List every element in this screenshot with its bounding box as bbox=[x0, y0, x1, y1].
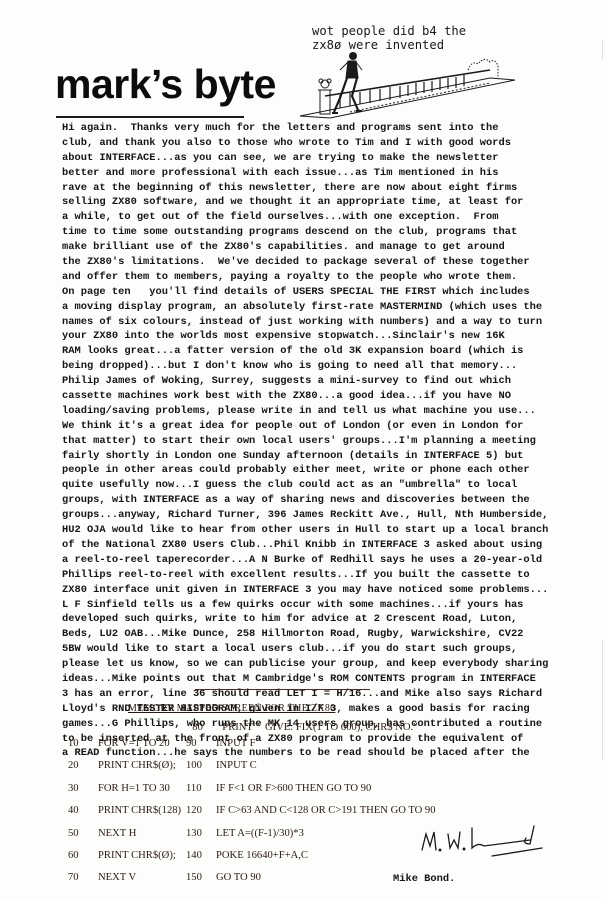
line-number: 130 bbox=[186, 823, 216, 845]
article-line: Hi again. Thanks very much for the lette… bbox=[62, 121, 602, 136]
line-number: 40 bbox=[68, 800, 98, 822]
title-underline bbox=[56, 116, 244, 118]
article-line: your ZX80 into the worlds most expensive… bbox=[62, 329, 602, 344]
article-line: quite usefully now...I guess the club co… bbox=[62, 478, 602, 493]
line-code: PRINT CHR$(128) bbox=[98, 805, 181, 816]
article-line: We think it's a great idea for people ou… bbox=[62, 419, 602, 434]
listing-line: 80PRINT " GIVE: FIX(1 TO 600), CHR$ NO." bbox=[187, 711, 418, 733]
line-number: 120 bbox=[186, 800, 216, 822]
article-line: about INTERFACE...as you can see, we are… bbox=[62, 151, 602, 166]
listing-line: 130LET A=((F-1)/30)*3 bbox=[186, 823, 436, 845]
article-line: better and more professional with each i… bbox=[62, 166, 602, 181]
article-line: cassette machines work best with the ZX8… bbox=[62, 389, 602, 404]
line-code: IF C>63 AND C<128 OR C>191 THEN GO TO 90 bbox=[216, 805, 436, 816]
article-line: a moving display program, an absolutely … bbox=[62, 300, 602, 315]
line-code: LET A=((F-1)/30)*3 bbox=[216, 828, 304, 839]
man-walking-on-terrace-drawing-icon bbox=[290, 48, 520, 120]
line-code: NEXT V bbox=[98, 872, 136, 883]
article-line: L F Sinfield tells us a few quirks occur… bbox=[62, 598, 602, 613]
article-line: time to time some outstanding programs d… bbox=[62, 225, 602, 240]
article-line: the ZX80's limitations. We've decided to… bbox=[62, 255, 602, 270]
listing-line: 90INPUT F bbox=[186, 733, 436, 755]
line-code: PRINT CHR$(Ø); bbox=[98, 760, 176, 771]
separator-rule bbox=[195, 689, 370, 690]
article-line: Philip James of Woking, Surrey, suggests… bbox=[62, 374, 602, 389]
listing-line: 50NEXT H bbox=[68, 823, 181, 845]
line-number: 70 bbox=[68, 867, 98, 889]
article-line: of the National ZX80 Users Club...Phil K… bbox=[62, 538, 602, 553]
page-title: mark’s byte bbox=[55, 62, 276, 106]
line-code: FOR V=1 TO 20 bbox=[98, 738, 170, 749]
article-line: groups...anyway, Richard Turner, 396 Jam… bbox=[62, 508, 602, 523]
article-line: a reel-to-reel taperecorder...A N Burke … bbox=[62, 553, 602, 568]
article-line: RAM looks great...a fatter version of th… bbox=[62, 344, 602, 359]
line-number: 60 bbox=[68, 845, 98, 867]
scan-edge-mark bbox=[602, 640, 603, 760]
article-line: On page ten you'll find details of USERS… bbox=[62, 285, 602, 300]
listing-line: 60PRINT CHR$(Ø); bbox=[68, 845, 181, 867]
listing-line: 110IF F<1 OR F>600 THEN GO TO 90 bbox=[186, 778, 436, 800]
line-number: 150 bbox=[186, 867, 216, 889]
line-code: PRINT CHR$(Ø); bbox=[98, 850, 176, 861]
scan-edge-mark bbox=[602, 40, 603, 60]
listing-left-column: 10FOR V=1 TO 2020PRINT CHR$(Ø);30FOR H=1… bbox=[68, 733, 181, 890]
article-line: ZX80 interface unit given in INTERFACE 3… bbox=[62, 583, 602, 598]
article-line: 5BW would like to start a local users cl… bbox=[62, 642, 602, 657]
listing-line: 140POKE 16640+F+A,C bbox=[186, 845, 436, 867]
line-code: PRINT " GIVE: FIX(1 TO 600), CHR$ NO." bbox=[222, 722, 417, 733]
listing-right-column: 90INPUT F100INPUT C110IF F<1 OR F>600 TH… bbox=[186, 733, 436, 890]
article-line: Beds, LU2 OAB...Mike Dunce, 258 Hillmort… bbox=[62, 627, 602, 642]
listing-line: 100INPUT C bbox=[186, 755, 436, 777]
article-line: Phillips reel-to-reel with excellent res… bbox=[62, 568, 602, 583]
article-line: ideas...Mike points out that M Cambridge… bbox=[62, 672, 602, 687]
article-line: HU2 OJA would like to hear from other us… bbox=[62, 523, 602, 538]
listing-line: 30FOR H=1 TO 30 bbox=[68, 778, 181, 800]
line-code: POKE 16640+F+A,C bbox=[216, 850, 308, 861]
line-number: 80 bbox=[192, 722, 222, 733]
article-line: and offer them to members, paying a roya… bbox=[62, 270, 602, 285]
article-line: people in other areas could probably eit… bbox=[62, 463, 602, 478]
article-line: make brilliant use of the ZX80's capabil… bbox=[62, 240, 602, 255]
listing-line: 20PRINT CHR$(Ø); bbox=[68, 755, 181, 777]
line-code: IF F<1 OR F>600 THEN GO TO 90 bbox=[216, 783, 371, 794]
article-line: selling ZX80 software, and we thought it… bbox=[62, 195, 602, 210]
article-line: being dropped)...but I don't know who is… bbox=[62, 359, 602, 374]
article-line: a while, to get out of the field ourselv… bbox=[62, 210, 602, 225]
line-code: GO TO 90 bbox=[216, 872, 261, 883]
line-code: FOR H=1 TO 30 bbox=[98, 783, 170, 794]
listing-line: 120IF C>63 AND C<128 OR C>191 THEN GO TO… bbox=[186, 800, 436, 822]
listing-line: 70NEXT V bbox=[68, 867, 181, 889]
line-number: 20 bbox=[68, 755, 98, 777]
article-line: that matter) to start their own local us… bbox=[62, 434, 602, 449]
line-number: 110 bbox=[186, 778, 216, 800]
line-code: INPUT C bbox=[216, 760, 257, 771]
line-number: 30 bbox=[68, 778, 98, 800]
article-line: rave at the beginning of this newsletter… bbox=[62, 181, 602, 196]
caption-line-1: wot people did b4 the bbox=[312, 24, 466, 38]
line-code: NEXT H bbox=[98, 828, 136, 839]
article-body: Hi again. Thanks very much for the lette… bbox=[62, 121, 602, 761]
line-number: 50 bbox=[68, 823, 98, 845]
article-line: club, and thank you also to those who wr… bbox=[62, 136, 602, 151]
article-line: loading/saving problems, please write in… bbox=[62, 404, 602, 419]
line-number: 90 bbox=[186, 733, 216, 755]
handwritten-signature-icon bbox=[418, 820, 558, 860]
article-line: groups, with INTERFACE as a way of shari… bbox=[62, 493, 602, 508]
listing-line: 40PRINT CHR$(128) bbox=[68, 800, 181, 822]
line-code: INPUT F bbox=[216, 738, 256, 749]
article-line: please let us know, so we can publicise … bbox=[62, 657, 602, 672]
line-number: 10 bbox=[68, 733, 98, 755]
article-line: fairly shortly in London one Sunday afte… bbox=[62, 449, 602, 464]
line-number: 140 bbox=[186, 845, 216, 867]
article-line: names of six colours, instead of just wo… bbox=[62, 315, 602, 330]
listing-line: 10FOR V=1 TO 20 bbox=[68, 733, 181, 755]
article-line: developed such quirks, write to him for … bbox=[62, 612, 602, 627]
line-number: 100 bbox=[186, 755, 216, 777]
author-name: Mike Bond. bbox=[393, 873, 455, 885]
